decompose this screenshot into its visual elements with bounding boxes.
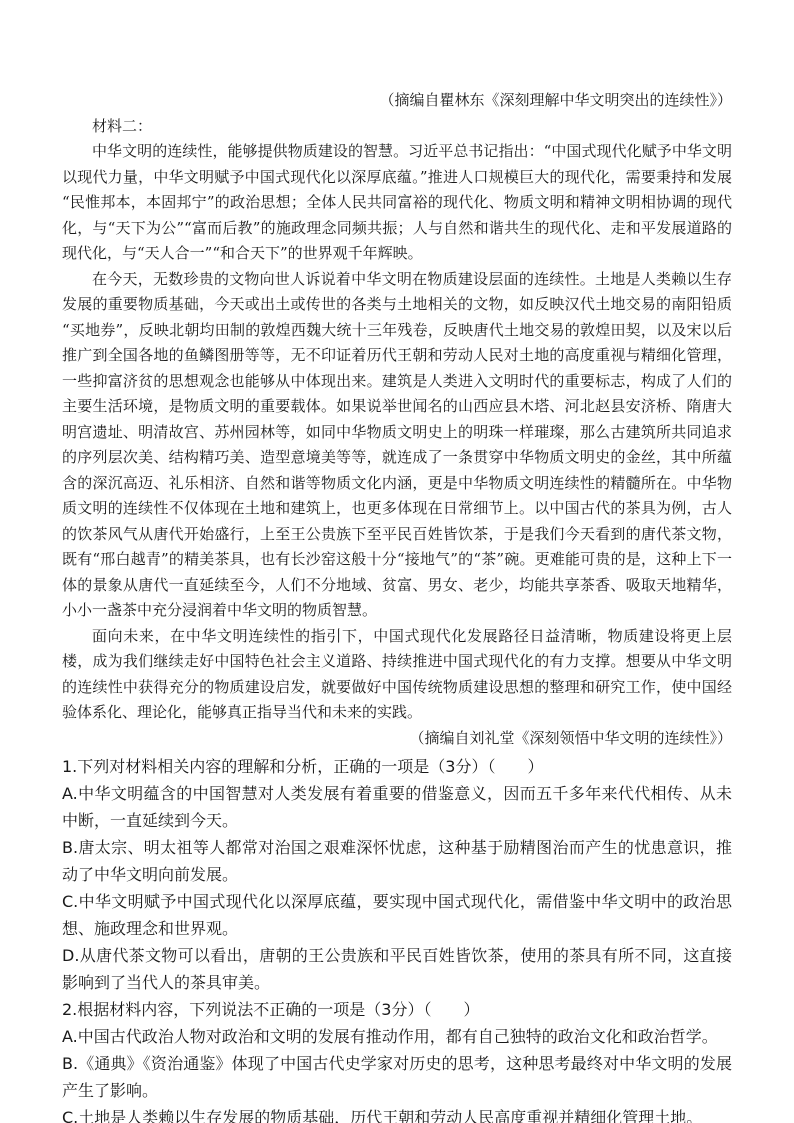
exam-page: （摘编自瞿林东《深刻理解中华文明突出的连续性》） 材料二： 中华文明的连续性，能… (0, 0, 794, 1123)
material-paragraph-3: 面向未来，在中华文明连续性的指引下，中国式现代化发展路径日益清晰，物质建设将更上… (62, 624, 732, 726)
attribution-source-1: （摘编自瞿林东《深刻理解中华文明突出的连续性》） (62, 88, 732, 114)
questions-section: 1.下列对材料相关内容的理解和分析，正确的一项是（3分）（ ） A.中华文明蕴含… (62, 753, 732, 1123)
material-paragraph-2: 在今天，无数珍贵的文物向世人诉说着中华文明在物质建设层面的连续性。土地是人类赖以… (62, 267, 732, 624)
material-paragraph-1: 中华文明的连续性，能够提供物质建设的智慧。习近平总书记指出：“中国式现代化赋予中… (62, 139, 732, 267)
question-1-option-c: C.中华文明赋予中国式现代化以深厚底蕴，要实现中国式现代化，需借鉴中华文明中的政… (62, 888, 732, 942)
question-2-stem: 2.根据材料内容，下列说法不正确的一项是（3分）（ ） (62, 996, 732, 1023)
question-1-option-a: A.中华文明蕴含的中国智慧对人类发展有着重要的借鉴意义，因而五千多年来代代相传、… (62, 780, 732, 834)
attribution-source-2: （摘编自刘礼堂《深刻领悟中华文明的连续性》） (62, 726, 732, 752)
question-2-option-a: A.中国古代政治人物对政治和文明的发展有推动作用，都有自己独特的政治文化和政治哲… (62, 1023, 732, 1050)
material-label: 材料二： (62, 114, 732, 140)
question-1-option-d: D.从唐代茶文物可以看出，唐朝的王公贵族和平民百姓皆饮茶，使用的茶具有所不同，这… (62, 942, 732, 996)
question-1-option-b: B.唐太宗、明太祖等人都常对治国之艰难深怀忧虑，这种基于励精图治而产生的忧患意识… (62, 834, 732, 888)
question-1-stem: 1.下列对材料相关内容的理解和分析，正确的一项是（3分）（ ） (62, 753, 732, 780)
material-body: 中华文明的连续性，能够提供物质建设的智慧。习近平总书记指出：“中国式现代化赋予中… (62, 139, 732, 726)
question-2-option-c: C.土地是人类赖以生存发展的物质基础，历代王朝和劳动人民高度重视并精细化管理土地… (62, 1104, 732, 1123)
question-2-option-b: B.《通典》《资治通鉴》体现了中国古代史学家对历史的思考，这种思考最终对中华文明… (62, 1050, 732, 1104)
